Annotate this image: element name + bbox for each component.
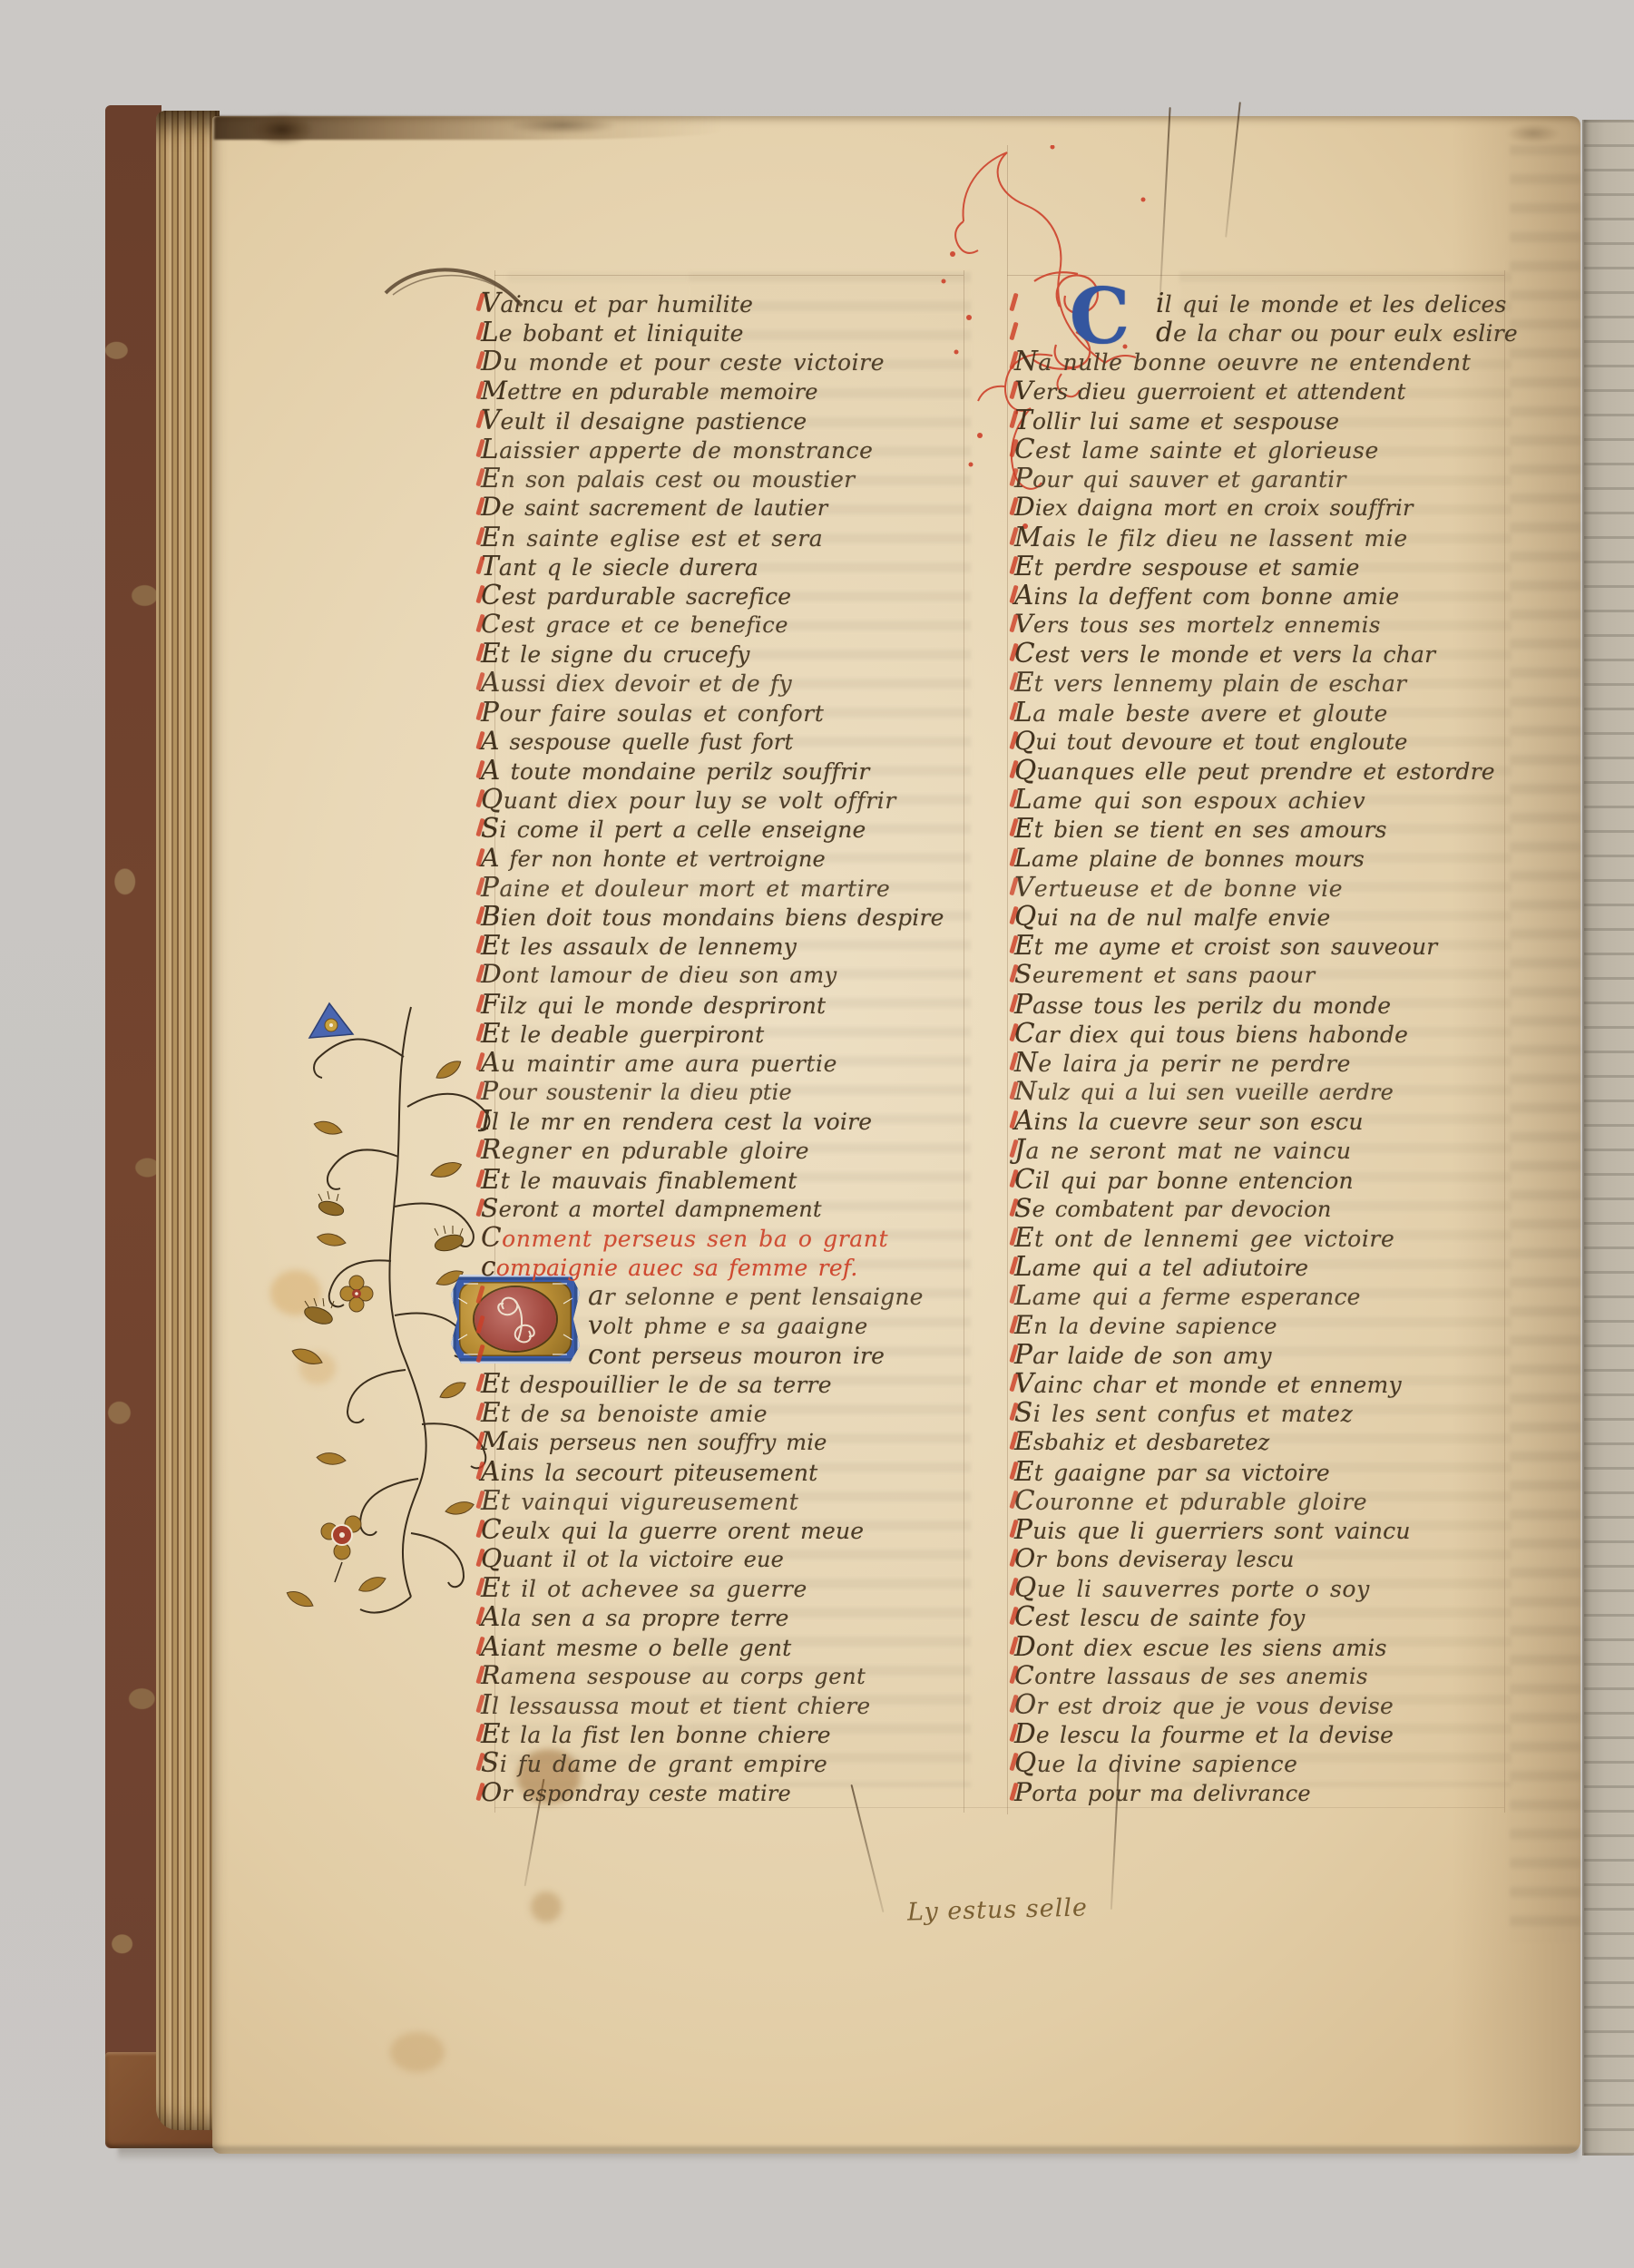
line-initial-letter: M [481,1426,507,1456]
line-initial-letter: E [1014,667,1034,698]
line-initial-letter: d [1156,317,1173,347]
verse-line: Seurement et sans paour [1014,960,1512,989]
verse-line: De lescu la fourme et la devise [1014,1719,1512,1748]
verse-line: Ja ne seront mat ne vaincu [1014,1135,1512,1164]
burn-spot [250,114,314,145]
quatrefoil-flower [340,1276,373,1312]
line-initial-letter: Q [1014,1747,1037,1778]
line-initial-letter: A [481,667,501,698]
line-initial-letter: D [1014,1631,1036,1662]
verse-line: En la devine sapience [1014,1311,1512,1340]
facing-page-edge [1582,120,1634,2156]
line-initial-letter: D [481,492,502,522]
showthrough-margin-column [1510,145,1580,1941]
verse-line: Cest pardurable sacrefice [481,581,965,610]
verse-line: Aiant mesme o belle gent [481,1632,965,1661]
verse-line: Que li sauverres porte o soy [1014,1573,1512,1602]
verse-line: Il le mr en rendera cest la voire [481,1106,965,1135]
verse-line: Qui tout devoure et tout engloute [1014,727,1512,756]
line-initial-letter: R [481,1660,501,1690]
line-initial-letter: A [481,726,500,756]
line-initial-letter: B [481,901,501,932]
line-initial-letter: V [481,288,501,318]
verse-line: Ne laira ja perir ne perdre [1014,1048,1512,1077]
line-initial-letter: Q [1014,726,1035,756]
verse-line: Mais perseus nen souffry mie [481,1427,965,1456]
verse-line: Et bien se tient en ses amours [1014,814,1512,843]
line-initial-letter: c [588,1339,603,1370]
line-initial-letter: E [481,1018,501,1049]
line-initial-letter: L [1014,1280,1032,1311]
verse-line: Vaincu et par humilite [481,288,965,318]
verse-line: Lame qui a ferme esperance [1014,1281,1512,1310]
book-drop-shadow [118,2146,1579,2161]
line-initial-letter: C [481,1514,502,1545]
line-initial-letter: A [481,755,501,786]
verse-line: Regner en pdurable gloire [481,1135,965,1164]
verse-line: Par laide de son amy [1014,1340,1512,1369]
verse-line: Vertueuse et de bonne vie [1014,873,1512,902]
red-flower [321,1516,361,1582]
verse-line: Na nulle bonne oeuvre ne entendent [1014,347,1512,376]
line-initial-letter: C [1014,1601,1035,1632]
verse-line: Tant q le siecle durera [481,552,965,581]
line-initial-letter: A [481,843,500,873]
verse-line: Laissier apperte de monstrance [481,435,965,464]
line-initial-letter: T [1014,405,1032,435]
line-initial-letter: D [481,346,503,376]
verse-line: Et vainqui vigureusement [481,1486,965,1515]
verse-line: Et la la fist len bonne chiere [481,1719,965,1748]
line-initial-letter: A [481,1456,501,1487]
verse-line: Paine et douleur mort et martire [481,873,965,902]
line-initial-letter: E [1014,930,1034,961]
line-initial-letter: A [481,1631,501,1662]
line-initial-letter: L [1014,1251,1032,1282]
verse-line: En son palais cest ou moustier [481,464,965,493]
verse-line: Et gaaigne par sa victoire [1014,1457,1512,1486]
verse-line: Pour qui sauver et garantir [1014,464,1512,493]
line-initial-letter: P [481,697,499,728]
line-initial-letter: E [481,1397,501,1428]
text-column-left: Vaincu et par humiliteLe bobant et liniq… [481,288,965,1807]
line-initial-letter: L [481,434,499,464]
line-initial-letter: A [1014,1105,1034,1136]
verse-line: Seront a mortel dampnement [481,1194,965,1223]
line-initial-letter: C [1014,1018,1035,1049]
verse-line: Et vers lennemy plain de eschar [1014,668,1512,697]
verse-line: Esbahiz et desbaretez [1014,1427,1512,1456]
verse-line: volt phme e sa gaaigne [481,1311,965,1340]
stain [531,1892,562,1922]
line-initial-letter: P [1014,463,1032,494]
verse-line: Ains la cuevre seur son escu [1014,1106,1512,1135]
manuscript-photo: C Vaincu et par humiliteLe bobant et lin… [0,0,1634,2268]
stain [390,2032,445,2072]
line-initial-letter: E [1014,1426,1033,1456]
line-initial-letter: C [481,1222,502,1253]
verse-line: Nulz qui a lui sen vueille aerdre [1014,1077,1512,1106]
verse-line: Lame qui a tel adiutoire [1014,1252,1512,1281]
verse-line: Veult il desaigne pastience [481,406,965,435]
verse-line: De saint sacrement de lautier [481,493,965,522]
verse-line: Puis que li guerriers sont vaincu [1014,1515,1512,1544]
verse-line: Ramena sespouse au corps gent [481,1661,965,1690]
verse-line: Du monde et pour ceste victoire [481,347,965,376]
rubric-line: compaignie auec sa femme ref. [481,1252,965,1281]
verse-line: Pour soustenir la dieu ptie [481,1077,965,1106]
line-initial-letter: Q [481,784,504,815]
verse-line: Ala sen a sa propre terre [481,1602,965,1631]
verse-line: Ceulx qui la guerre orent meue [481,1515,965,1544]
verse-line: Tollir lui same et sespouse [1014,406,1512,435]
verse-line: Or bons deviseray lescu [1014,1544,1512,1573]
verse-line: ar selonne e pent lensaigne [481,1281,965,1310]
verse-line: Et le signe du crucefy [481,639,965,668]
line-initial-letter: E [481,1164,501,1195]
line-initial-letter: N [1014,346,1038,376]
verse-line: Qui na de nul malfe envie [1014,902,1512,931]
leather-cover-spine [105,105,161,2148]
verse-line: Vers dieu guerroient et attendent [1014,376,1512,406]
line-initial-letter: P [481,1076,498,1106]
catchword: Ly estus selle [907,1893,1089,1926]
verse-line: Diex daigna mort en croix souffrir [1014,493,1512,522]
line-initial-letter: Q [1014,755,1036,786]
line-initial-letter: E [1014,1310,1033,1340]
verse-line: Lame plaine de bonnes mours [1014,844,1512,873]
line-initial-letter: E [481,930,501,961]
line-initial-letter: S [481,1747,500,1778]
line-initial-letter: A [481,1601,501,1632]
verse-line: A fer non honte et vertroigne [481,844,965,873]
line-initial-letter: V [1014,376,1033,406]
line-initial-letter: S [1014,959,1032,989]
line-initial-letter: M [1014,522,1042,552]
page-stack-fore-edge [156,111,220,2130]
line-initial-letter: O [481,1777,502,1807]
verse-line: Se combatent par devocion [1014,1194,1512,1223]
verse-line: Aussi diex devoir et de fy [481,668,965,697]
line-initial-letter: A [1014,580,1034,611]
line-initial-letter: a [588,1280,604,1311]
verse-line: Si come il pert a celle enseigne [481,814,965,843]
rubric-line: Conment perseus sen ba o grant [481,1223,965,1252]
verse-line: Et il ot achevee sa guerre [481,1573,965,1602]
verse-line: Pour faire soulas et confort [481,698,965,727]
line-initial-letter: N [1014,1047,1038,1078]
verse-line: Quant diex pour luy se volt offrir [481,785,965,814]
line-initial-letter: O [1014,1689,1036,1720]
line-initial-letter: E [481,1718,501,1749]
verse-line: Et ont de lennemi gee victoire [1014,1223,1512,1252]
verse-line: il qui le monde et les delices [1014,288,1512,318]
ruling-line-horizontal [494,1807,1504,1808]
line-initial-letter: E [1014,1456,1034,1487]
verse-line: Cest lescu de sainte foy [1014,1602,1512,1631]
line-initial-letter: L [481,317,499,347]
line-initial-letter: E [481,1485,501,1516]
verse-line: Cest grace et ce benefice [481,610,965,639]
verse-line: Et me ayme et croist son sauveour [1014,931,1512,960]
line-initial-letter: L [1014,697,1032,728]
burn-spot [508,116,617,134]
line-initial-letter: F [481,989,500,1020]
verse-line: A toute mondaine perilz souffrir [481,756,965,785]
line-initial-letter: V [481,405,501,435]
line-initial-letter: i [1156,288,1165,318]
line-initial-letter: Q [481,1543,502,1573]
line-initial-letter: C [1014,1164,1035,1195]
text-column-right: il qui le monde et les delicesde la char… [1014,288,1512,1807]
verse-line: Et le deable guerpiront [481,1019,965,1048]
verse-line: Mettre en pdurable memoire [481,376,965,406]
verse-line: Et perdre sespouse et samie [1014,552,1512,581]
line-initial-letter: E [481,1368,501,1399]
verse-line: En sainte eglise est et sera [481,523,965,552]
line-initial-letter: O [1014,1543,1035,1573]
line-initial-letter: C [481,580,502,611]
verse-line: Couronne et pdurable gloire [1014,1486,1512,1515]
line-initial-letter: L [1014,784,1032,815]
verse-line: Il lessaussa mout et tient chiere [481,1690,965,1719]
line-initial-letter: P [1014,1777,1032,1807]
line-initial-letter: T [481,551,499,582]
verse-line: Et le mauvais finablement [481,1165,965,1194]
verse-line: Or est droiz que je vous devise [1014,1690,1512,1719]
line-initial-letter: E [1014,813,1034,844]
verse-line: Cest lame sainte et glorieuse [1014,435,1512,464]
line-initial-letter: v [588,1310,603,1340]
verse-line: Et les assaulx de lennemy [481,931,965,960]
line-initial-letter: P [1014,1514,1032,1545]
verse-line: Mais le filz dieu ne lassent mie [1014,523,1512,552]
verse-line: Bien doit tous mondains biens despire [481,902,965,931]
line-initial-letter: M [481,376,507,406]
line-initial-letter: c [481,1251,496,1282]
line-initial-letter: P [1014,1339,1032,1370]
verse-line: de la char ou pour eulx eslire [1014,318,1512,347]
verse-line: Car diex qui tous biens habonde [1014,1019,1512,1048]
line-initial-letter: D [481,959,502,989]
line-initial-letter: Q [1014,1572,1037,1603]
verse-line: Vainc char et monde et ennemy [1014,1369,1512,1398]
line-initial-letter: D [1014,492,1035,522]
verse-line: Filz qui le monde despriront [481,990,965,1019]
verse-line: Au maintir ame aura puertie [481,1048,965,1077]
verse-line: Si les sent confus et matez [1014,1398,1512,1427]
line-initial-letter: P [1014,989,1032,1020]
verse-line: Vers tous ses mortelz ennemis [1014,610,1512,639]
verse-line: Quanques elle peut prendre et estordre [1014,756,1512,785]
line-initial-letter: A [481,1047,501,1078]
line-initial-letter: D [1014,1718,1036,1749]
line-initial-letter: E [1014,1222,1034,1253]
line-initial-letter: E [481,1572,501,1603]
verse-line: Passe tous les perilz du monde [1014,990,1512,1019]
line-initial-letter: S [1014,1193,1032,1223]
verse-line: Cil qui par bonne entencion [1014,1165,1512,1194]
line-initial-letter: V [1014,609,1033,639]
line-initial-letter: S [481,1193,499,1223]
verse-line: Porta pour ma delivrance [1014,1778,1512,1807]
line-initial-letter: C [1014,1485,1035,1516]
ruling-line-horizontal [494,275,964,276]
verse-line: Le bobant et liniquite [481,318,965,347]
line-initial-letter: L [1014,843,1032,873]
line-initial-letter: C [1014,434,1035,464]
line-initial-letter: C [1014,1660,1034,1690]
verse-line: Contre lassaus de ses anemis [1014,1661,1512,1690]
line-initial-letter: V [1014,872,1034,903]
verse-line: Cest vers le monde et vers la char [1014,639,1512,668]
line-initial-letter: E [481,522,501,552]
verse-line: Or espondray ceste matire [481,1778,965,1807]
line-initial-letter: Q [1014,901,1036,932]
line-initial-letter: E [481,638,501,669]
verse-line: La male beste avere et gloute [1014,698,1512,727]
line-initial-letter: S [481,813,499,844]
line-initial-letter: N [1014,1076,1037,1106]
verse-line: A sespouse quelle fust fort [481,727,965,756]
verse-line: Et despouillier le de sa terre [481,1369,965,1398]
verse-line: Lame qui son espoux achiev [1014,785,1512,814]
verse-line: Si fu dame de grant empire [481,1748,965,1777]
verse-line: Ains la secourt piteusement [481,1457,965,1486]
verse-line: Que la divine sapience [1014,1748,1512,1777]
line-initial-letter: E [481,463,501,494]
verse-line: Dont lamour de dieu son amy [481,960,965,989]
line-initial-letter: P [481,872,499,903]
verse-line: Ains la deffent com bonne amie [1014,581,1512,610]
line-initial-letter: V [1014,1368,1034,1399]
line-initial-letter: S [1014,1397,1033,1428]
line-initial-letter: C [481,609,501,639]
verse-line: cont perseus mouron ire [481,1340,965,1369]
line-initial-letter: E [1014,551,1034,582]
line-initial-letter: C [1014,638,1035,669]
line-initial-letter: R [481,1134,502,1165]
verse-line: Dont diex escue les siens amis [1014,1632,1512,1661]
verse-line: Quant il ot la victoire eue [481,1544,965,1573]
verse-line: Et de sa benoiste amie [481,1398,965,1427]
